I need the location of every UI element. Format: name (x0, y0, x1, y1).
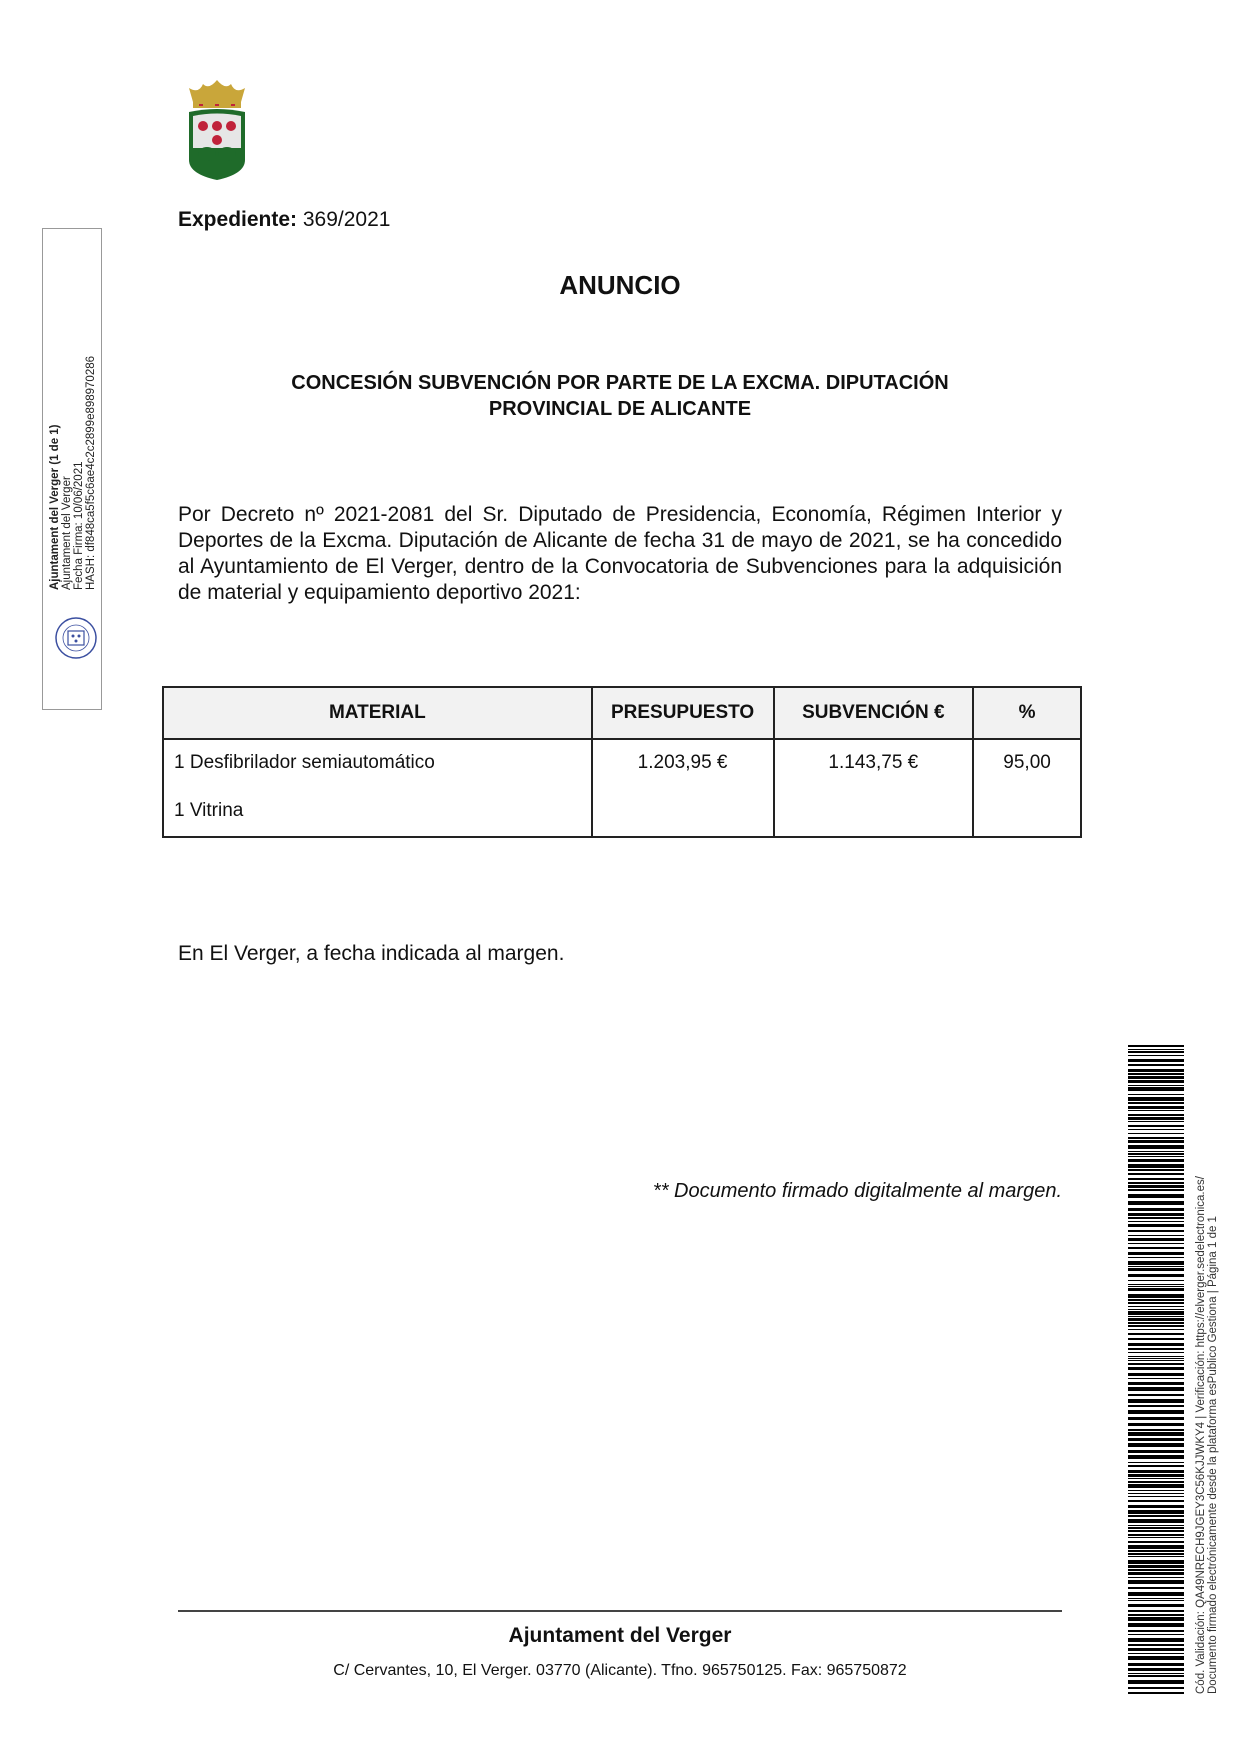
expediente: Expediente: 369/2021 (178, 208, 390, 232)
validation-text: Cód. Validación: QA49NRECH9JGEY3C56KJJWK… (1195, 1034, 1219, 1694)
expediente-label: Expediente: (178, 208, 297, 231)
coat-of-arms-icon (185, 76, 249, 182)
subtitle-line-1: CONCESIÓN SUBVENCIÓN POR PARTE DE LA EXC… (230, 370, 1010, 396)
validation-code: Cód. Validación: QA49NRECH9JGEY3C56KJJWK… (1195, 1034, 1207, 1694)
document-subtitle: CONCESIÓN SUBVENCIÓN POR PARTE DE LA EXC… (230, 370, 1010, 422)
signature-details: Ajuntament del Verger (1 de 1) Ajuntamen… (49, 330, 97, 590)
footer-name: Ajuntament del Verger (0, 1624, 1240, 1648)
cell-presupuesto: 1.203,95 € (592, 739, 774, 837)
signed-note: ** Documento firmado digitalmente al mar… (500, 1180, 1062, 1203)
body-paragraph: Por Decreto nº 2021-2081 del Sr. Diputad… (178, 502, 1062, 606)
closing-text: En El Verger, a fecha indicada al margen… (178, 942, 564, 966)
material-item: 1 Desfibrilador semiautomático (174, 752, 581, 774)
municipal-seal-icon (53, 615, 99, 661)
footer-address: C/ Cervantes, 10, El Verger. 03770 (Alic… (0, 1662, 1240, 1680)
signature-date: Fecha Firma: 10/06/2021 (73, 330, 85, 590)
footer-divider (178, 1610, 1062, 1612)
subtitle-line-2: PROVINCIAL DE ALICANTE (230, 396, 1010, 422)
cell-subvencion: 1.143,75 € (774, 739, 974, 837)
header-material: MATERIAL (163, 687, 592, 739)
subsidy-table: MATERIAL PRESUPUESTO SUBVENCIÓN € % 1 De… (162, 686, 1082, 838)
signature-title: Ajuntament del Verger (1 de 1) (49, 330, 61, 590)
signature-signer: Ajuntament del Verger (61, 330, 73, 590)
signature-hash: HASH: df848ca5f5c6ae4c2c2899e898970286 (85, 330, 97, 590)
header-subvencion: SUBVENCIÓN € (774, 687, 974, 739)
document-title: ANUNCIO (0, 270, 1240, 301)
cell-material: 1 Desfibrilador semiautomático 1 Vitrina (163, 739, 592, 837)
header-presupuesto: PRESUPUESTO (592, 687, 774, 739)
table-header-row: MATERIAL PRESUPUESTO SUBVENCIÓN € % (163, 687, 1081, 739)
table-row: 1 Desfibrilador semiautomático 1 Vitrina… (163, 739, 1081, 837)
barcode-icon (1128, 1045, 1184, 1695)
material-item: 1 Vitrina (174, 800, 581, 822)
cell-percent: 95,00 (973, 739, 1081, 837)
expediente-value: 369/2021 (303, 208, 391, 231)
header-percent: % (973, 687, 1081, 739)
validation-platform: Documento firmado electrónicamente desde… (1207, 1034, 1219, 1694)
